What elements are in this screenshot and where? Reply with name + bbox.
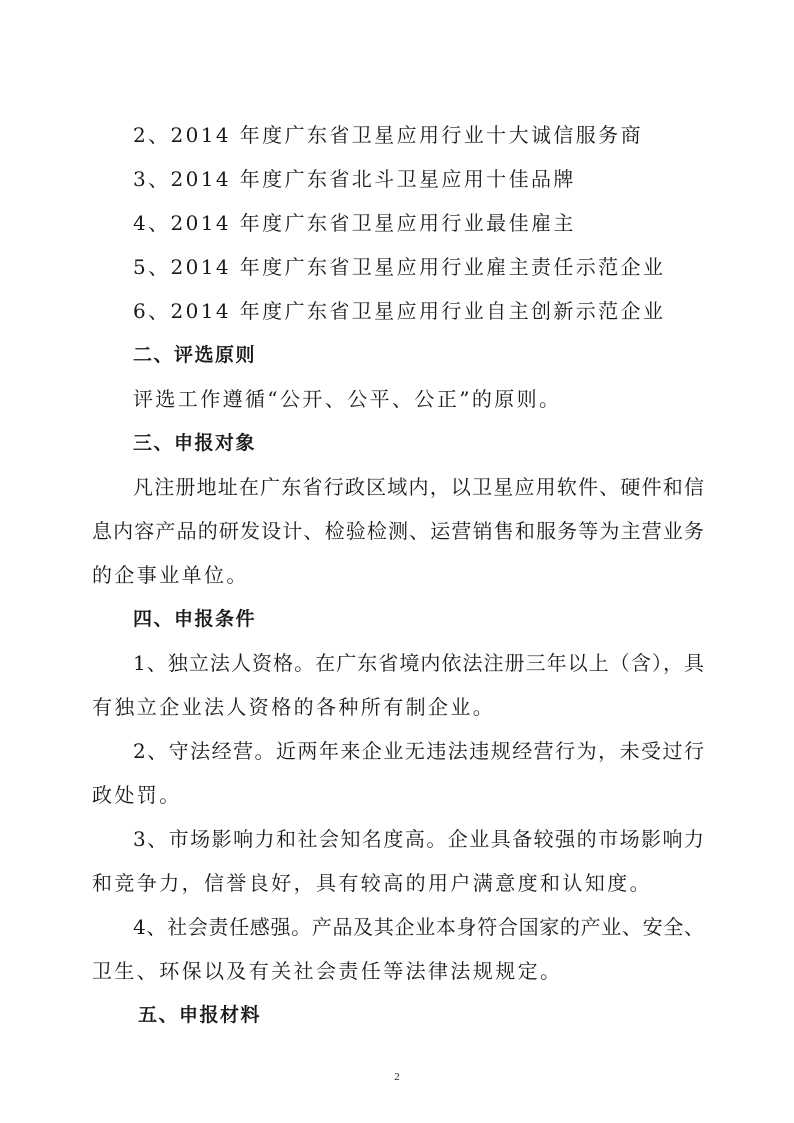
paragraph-line: 凡注册地址在广东省行政区域内，以卫星应用软件、硬件和信 bbox=[133, 475, 704, 499]
page-number: 2 bbox=[391, 1070, 403, 1084]
section-body-selection-principles: 评选工作遵循“公开、公平、公正”的原则。 bbox=[133, 387, 704, 411]
paragraph-line: 的企事业单位。 bbox=[92, 563, 704, 587]
award-item-2: 2、2014 年度广东省卫星应用行业十大诚信服务商 bbox=[133, 123, 704, 147]
award-item-3: 3、2014 年度广东省北斗卫星应用十佳品牌 bbox=[133, 167, 704, 191]
section-heading-applicants: 三、申报对象 bbox=[133, 431, 704, 455]
requirement-1-line: 1、独立法人资格。在广东省境内依法注册三年以上（含），具 bbox=[133, 651, 704, 675]
requirement-4-line: 卫生、环保以及有关社会责任等法律法规规定。 bbox=[92, 959, 704, 983]
section-heading-requirements: 四、申报条件 bbox=[133, 607, 704, 631]
document-page: 2、2014 年度广东省卫星应用行业十大诚信服务商 3、2014 年度广东省北斗… bbox=[0, 0, 794, 1123]
section-heading-materials: 五、申报材料 bbox=[138, 1003, 750, 1027]
requirement-2-line: 2、守法经营。近两年来企业无违法违规经营行为，未受过行 bbox=[133, 739, 704, 763]
award-item-4: 4、2014 年度广东省卫星应用行业最佳雇主 bbox=[133, 211, 704, 235]
requirement-1-line: 有独立企业法人资格的各种所有制企业。 bbox=[92, 695, 704, 719]
award-item-5: 5、2014 年度广东省卫星应用行业雇主责任示范企业 bbox=[133, 255, 704, 279]
requirement-2-line: 政处罚。 bbox=[92, 783, 704, 807]
paragraph-line: 息内容产品的研发设计、检验检测、运营销售和服务等为主营业务 bbox=[92, 519, 704, 543]
requirement-4-line: 4、社会责任感强。产品及其企业本身符合国家的产业、安全、 bbox=[133, 915, 704, 939]
requirement-3-line: 和竞争力，信誉良好，具有较高的用户满意度和认知度。 bbox=[92, 871, 704, 895]
award-item-6: 6、2014 年度广东省卫星应用行业自主创新示范企业 bbox=[133, 299, 704, 323]
section-heading-selection-principles: 二、评选原则 bbox=[133, 343, 704, 367]
requirement-3-line: 3、市场影响力和社会知名度高。企业具备较强的市场影响力 bbox=[133, 827, 704, 851]
